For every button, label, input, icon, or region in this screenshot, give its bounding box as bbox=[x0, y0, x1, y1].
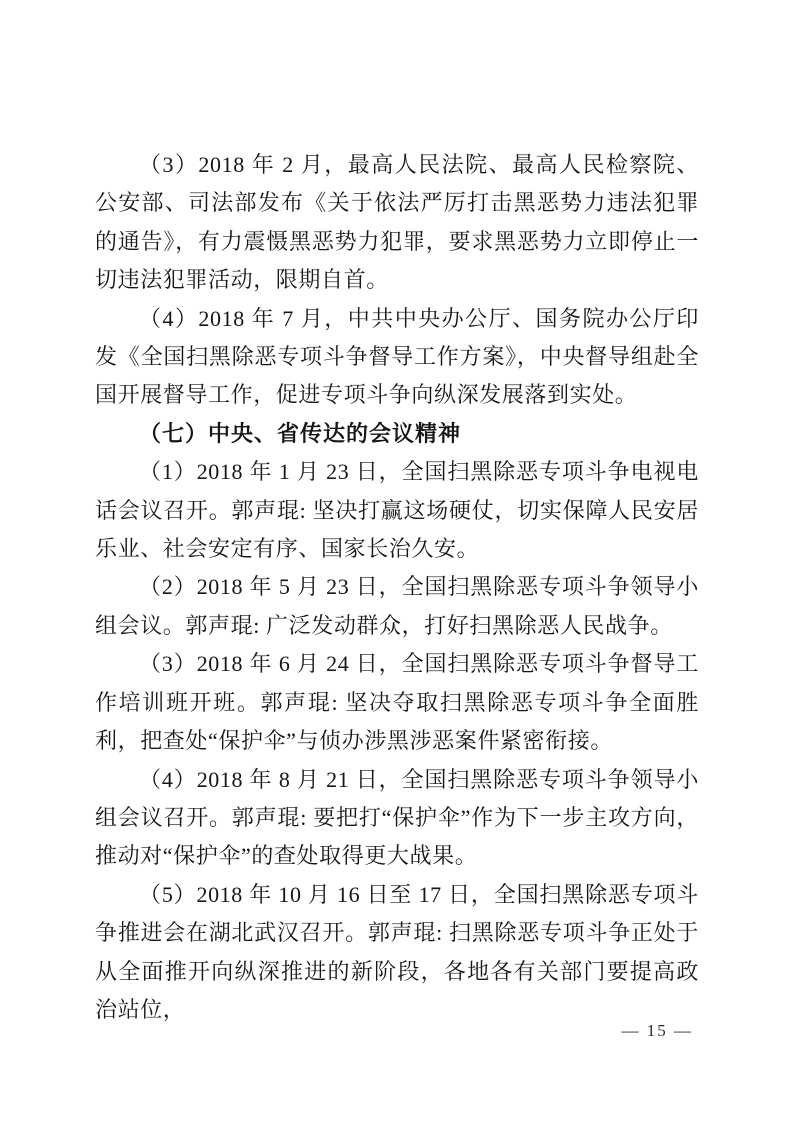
document-page: （3）2018 年 2 月，最高人民法院、最高人民检察院、公安部、司法部发布《关… bbox=[0, 0, 793, 1122]
paragraph-meeting-2: （2）2018 年 5 月 23 日，全国扫黑除恶专项斗争领导小组会议。郭声琨:… bbox=[95, 568, 699, 645]
paragraph-item-4-jul: （4）2018 年 7 月，中共中央办公厅、国务院办公厅印发《全国扫黑除恶专项斗… bbox=[95, 300, 699, 415]
paragraph-meeting-3: （3）2018 年 6 月 24 日，全国扫黑除恶专项斗争督导工作培训班开班。郭… bbox=[95, 645, 699, 760]
paragraph-meeting-5: （5）2018 年 10 月 16 日至 17 日，全国扫黑除恶专项斗争推进会在… bbox=[95, 876, 699, 1030]
page-number: — 15 — bbox=[622, 1020, 694, 1042]
document-body: （3）2018 年 2 月，最高人民法院、最高人民检察院、公安部、司法部发布《关… bbox=[95, 146, 699, 1029]
paragraph-item-3-feb: （3）2018 年 2 月，最高人民法院、最高人民检察院、公安部、司法部发布《关… bbox=[95, 146, 699, 300]
paragraph-meeting-4: （4）2018 年 8 月 21 日，全国扫黑除恶专项斗争领导小组会议召开。郭声… bbox=[95, 761, 699, 876]
paragraph-meeting-1: （1）2018 年 1 月 23 日，全国扫黑除恶专项斗争电视电话会议召开。郭声… bbox=[95, 453, 699, 568]
section-heading-meeting-spirit: （七）中央、省传达的会议精神 bbox=[95, 415, 699, 453]
